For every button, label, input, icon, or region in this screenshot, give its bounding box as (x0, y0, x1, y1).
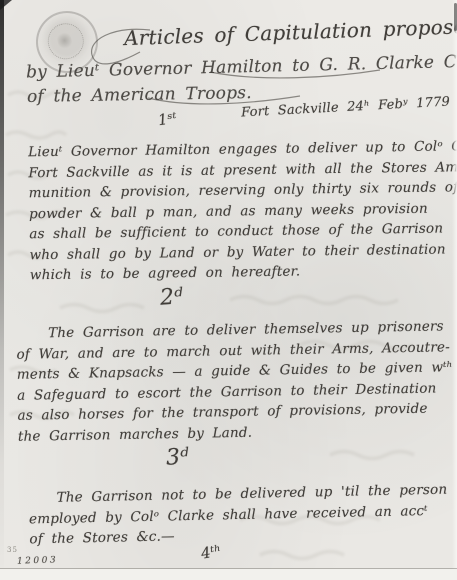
article-2-paragraph: The Garrison are to deliver themselves u… (16, 316, 454, 447)
catchword: 4ᵗʰ (200, 541, 223, 562)
dateline: Fort Sackville 24ʰ Febʸ 1779 (241, 95, 451, 121)
backing-surface (0, 569, 457, 580)
article-3-marker: 3ᵈ (165, 444, 190, 471)
photo-edge-left (0, 0, 4, 580)
page-mark: 35 (7, 546, 18, 554)
article-1-paragraph: Lieuᵗ Governor Hamilton engages to deliv… (28, 136, 457, 286)
photo-edge-right (452, 0, 457, 580)
title-line-3: of the American Troops. (27, 83, 252, 107)
accession-number: 12003 (17, 555, 58, 566)
article-3-paragraph: The Garrison not to be delivered up 'til… (28, 480, 448, 550)
document-title: Articles of Capitulation proposed (124, 14, 457, 50)
article-2-marker: 2ᵈ (159, 284, 184, 311)
article-1-marker: 1ˢᵗ (157, 109, 178, 129)
photo-edge-top-left-corner (0, 0, 12, 10)
manuscript-scan: Articles of Capitulation proposed by Lie… (0, 0, 457, 580)
